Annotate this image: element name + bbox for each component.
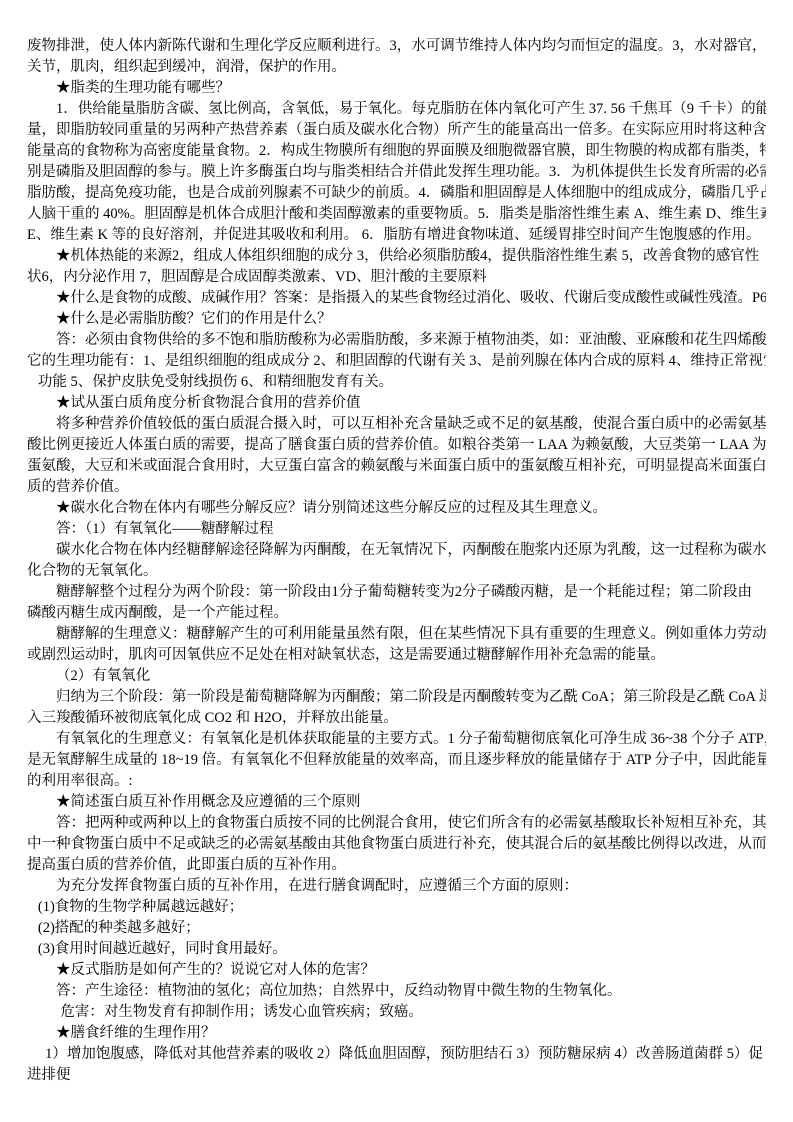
text-line: 别是磷脂及胆固醇的参与。膜上许多酶蛋白均与脂类相结合并借此发挥生理功能。3．为机… [27, 162, 766, 183]
text-line: ★什么是必需脂肪酸？它们的作用是什么？ [27, 309, 766, 330]
text-line: 答：必须由食物供给的多不饱和脂肪酸称为必需脂肪酸，多来源于植物油类，如：亚油酸、… [27, 330, 766, 351]
text-line: 或剧烈运动时，肌肉可因氧供应不足处在相对缺氧状态，这是需要通过糖酵解作用补充急需… [27, 645, 766, 666]
text-line: 答：把两种或两种以上的食物蛋白质按不同的比例混合食用，使它们所含有的必需氨基酸取… [27, 813, 766, 834]
text-line: (1)食物的生物学种属越远越好； [27, 897, 766, 918]
text-line: E、维生素 K 等的良好溶剂，并促进其吸收和利用。 6．脂肪有增进食物味道、延缓… [27, 225, 766, 246]
text-line: 危害：对生物发育有抑制作用；诱发心血管疾病；致癌。 [27, 1002, 766, 1023]
text-line: 将多种营养价值较低的蛋白质混合摄入时，可以互相补充含量缺乏或不足的氨基酸，使混合… [27, 414, 766, 435]
text-line: （2）有氧氧化 [27, 666, 766, 687]
text-line: 磷酸丙糖生成丙酮酸，是一个产能过程。 [27, 603, 766, 624]
text-line: 化合物的无氧氧化。 [27, 561, 766, 582]
text-line: ★机体热能的来源2，组成人体组织细胞的成分 3，供给必须脂肪酸4，提供脂溶性维生… [27, 246, 766, 267]
text-line: 答：（1）有氧氧化——糖酵解过程 [27, 519, 766, 540]
text-line: 答：产生途径：植物油的氢化；高位加热；自然界中，反绉动物胃中微生物的生物氧化。 [27, 981, 766, 1002]
text-line: 酸比例更接近人体蛋白质的需要，提高了膳食蛋白质的营养价值。如粮谷类第一 LAA … [27, 435, 766, 456]
text-line: 能量高的食物称为高密度能量食物。2．构成生物膜所有细胞的界面膜及细胞微器官膜，即… [27, 141, 766, 162]
text-line: 是无氧酵解生成量的 18~19 倍。有氧氧化不但释放能量的效率高，而且逐步释放的… [27, 750, 766, 771]
text-line: 入三羧酸循环被彻底氧化成 CO2 和 H2O，并释放出能量。 [27, 708, 766, 729]
text-line: 1）增加饱腹感，降低对其他营养素的吸收 2）降低血胆固醇，预防胆结石 3）预防糖… [27, 1044, 766, 1065]
text-line: 量，即脂肪较同重量的另两种产热营养素（蛋白质及碳水化合物）所产生的能量高出一倍多… [27, 120, 766, 141]
text-line: 关节，肌肉，组织起到缓冲，润滑，保护的作用。 [27, 57, 766, 78]
text-line: 中一种食物蛋白质中不足或缺乏的必需氨基酸由其他食物蛋白质进行补充，使其混合后的氨… [27, 834, 766, 855]
document-page: 废物排泄，使人体内新陈代谢和生理化学反应顺利进行。3，水可调节维持人体内均匀而恒… [0, 0, 793, 1122]
text-line: ★简述蛋白质互补作用概念及应遵循的三个原则 [27, 792, 766, 813]
text-line: 的利用率很高。: [27, 771, 766, 792]
text-line: ★碳水化合物在体内有哪些分解反应？请分别简述这些分解反应的过程及其生理意义。 [27, 498, 766, 519]
text-line: 为充分发挥食物蛋白质的互补作用，在进行膳食调配时，应遵循三个方面的原则： [27, 876, 766, 897]
text-line: ★反式脂肪是如何产生的？说说它对人体的危害？ [27, 960, 766, 981]
text-line: 糖酵解整个过程分为两个阶段：第一阶段由1分子葡萄糖转变为2分子磷酸丙糖，是一个耗… [27, 582, 766, 603]
text-line: ★试从蛋白质角度分析食物混合食用的营养价值 [27, 393, 766, 414]
text-line: 它的生理功能有：1、是组织细胞的组成成分 2、和胆固醇的代谢有关 3、是前列腺在… [27, 351, 766, 372]
text-line: 脂肪酸，提高免疫功能，也是合成前列腺素不可缺少的前质。4．磷脂和胆固醇是人体细胞… [27, 183, 766, 204]
text-line: 糖酵解的生理意义：糖酵解产生的可利用能量虽然有限，但在某些情况下具有重要的生理意… [27, 624, 766, 645]
text-line: 有氧氧化的生理意义：有氧氧化是机体获取能量的主要方式。1 分子葡萄糖彻底氧化可净… [27, 729, 766, 750]
text-line: 人脑干重的 40%。胆固醇是机体合成胆汁酸和类固醇激素的重要物质。5．脂类是脂溶… [27, 204, 766, 225]
text-line: 归纳为三个阶段：第一阶段是葡萄糖降解为丙酮酸；第二阶段是丙酮酸转变为乙酰 CoA… [27, 687, 766, 708]
text-line: 提高蛋白质的营养价值，此即蛋白质的互补作用。 [27, 855, 766, 876]
text-line: 状6，内分泌作用 7，胆固醇是合成固醇类激素、VD、胆汁酸的主要原料 [27, 267, 766, 288]
text-line: (2)搭配的种类越多越好； [27, 918, 766, 939]
text-line: 质的营养价值。 [27, 477, 766, 498]
text-line: 进排便 [27, 1065, 766, 1086]
text-line: 碳水化合物在体内经糖酵解途径降解为丙酮酸，在无氧情况下，丙酮酸在胞浆内还原为乳酸… [27, 540, 766, 561]
text-line: ★什么是食物的成酸、成碱作用？答案：是指摄入的某些食物经过消化、吸收、代谢后变成… [27, 288, 766, 309]
text-line: 功能 5、保护皮肤免受射线损伤 6、和精细胞发育有关。 [27, 372, 766, 393]
text-line: ★脂类的生理功能有哪些？ [27, 78, 766, 99]
text-line: 1．供给能量脂肪含碳、氢比例高，含氧低，易于氧化。每克脂肪在体内氧化可产生 37… [27, 99, 766, 120]
text-line: (3)食用时间越近越好，同时食用最好。 [27, 939, 766, 960]
text-line: ★膳食纤维的生理作用？ [27, 1023, 766, 1044]
text-line: 蛋氨酸，大豆和米或面混合食用时，大豆蛋白富含的赖氨酸与米面蛋白质中的蛋氨酸互相补… [27, 456, 766, 477]
text-line: 废物排泄，使人体内新陈代谢和生理化学反应顺利进行。3，水可调节维持人体内均匀而恒… [27, 36, 766, 57]
document-text-block: 废物排泄，使人体内新陈代谢和生理化学反应顺利进行。3，水可调节维持人体内均匀而恒… [27, 36, 766, 1086]
